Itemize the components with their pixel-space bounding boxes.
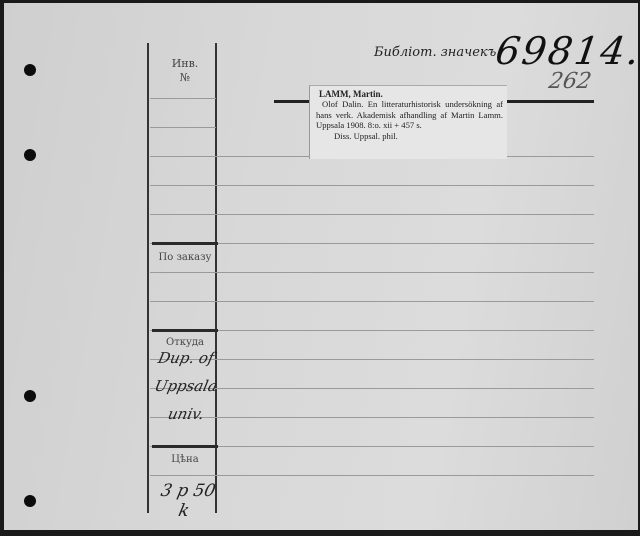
column-border-left xyxy=(147,43,149,513)
ruled-line xyxy=(150,243,594,244)
source-label: Откуда xyxy=(150,337,220,348)
ruled-line xyxy=(150,446,594,447)
source-value-line-1: Dup. of xyxy=(150,349,222,367)
inv-label: Инв. xyxy=(150,57,220,70)
inventory-number: 69814. xyxy=(493,29,638,73)
ruled-line xyxy=(150,272,594,273)
library-mark-label: Библіот. значекъ. xyxy=(374,45,500,60)
punch-hole xyxy=(24,64,36,76)
ruled-line xyxy=(150,330,594,331)
source-value-line-2: Uppsala xyxy=(150,377,222,395)
ruled-line xyxy=(150,301,594,302)
ruled-line xyxy=(150,214,594,215)
catalog-slip: LAMM, Martin. Olof Dalin. En litteraturh… xyxy=(309,85,507,159)
price-value: 3 p 50 k xyxy=(148,481,225,521)
slip-author: LAMM, Martin. xyxy=(319,89,503,99)
ruled-line xyxy=(150,475,594,476)
source-value-line-3: univ. xyxy=(150,405,222,423)
order-label: По заказу xyxy=(150,252,220,263)
ruled-line xyxy=(150,185,594,186)
catalog-card: Инв. № Библіот. значекъ. 69814. 262 По з… xyxy=(4,3,638,530)
slip-description: Olof Dalin. En litteraturhistorisk under… xyxy=(316,99,503,130)
slip-note: Diss. Uppsal. phil. xyxy=(334,131,503,141)
number-sign: № xyxy=(150,71,220,84)
ruled-line xyxy=(150,127,216,128)
column-border-right xyxy=(215,43,217,513)
shelf-number: 262 xyxy=(547,69,593,94)
price-label: Цѣна xyxy=(150,454,220,465)
punch-hole xyxy=(24,495,36,507)
punch-hole xyxy=(24,149,36,161)
ruled-line xyxy=(150,98,216,99)
punch-hole xyxy=(24,390,36,402)
